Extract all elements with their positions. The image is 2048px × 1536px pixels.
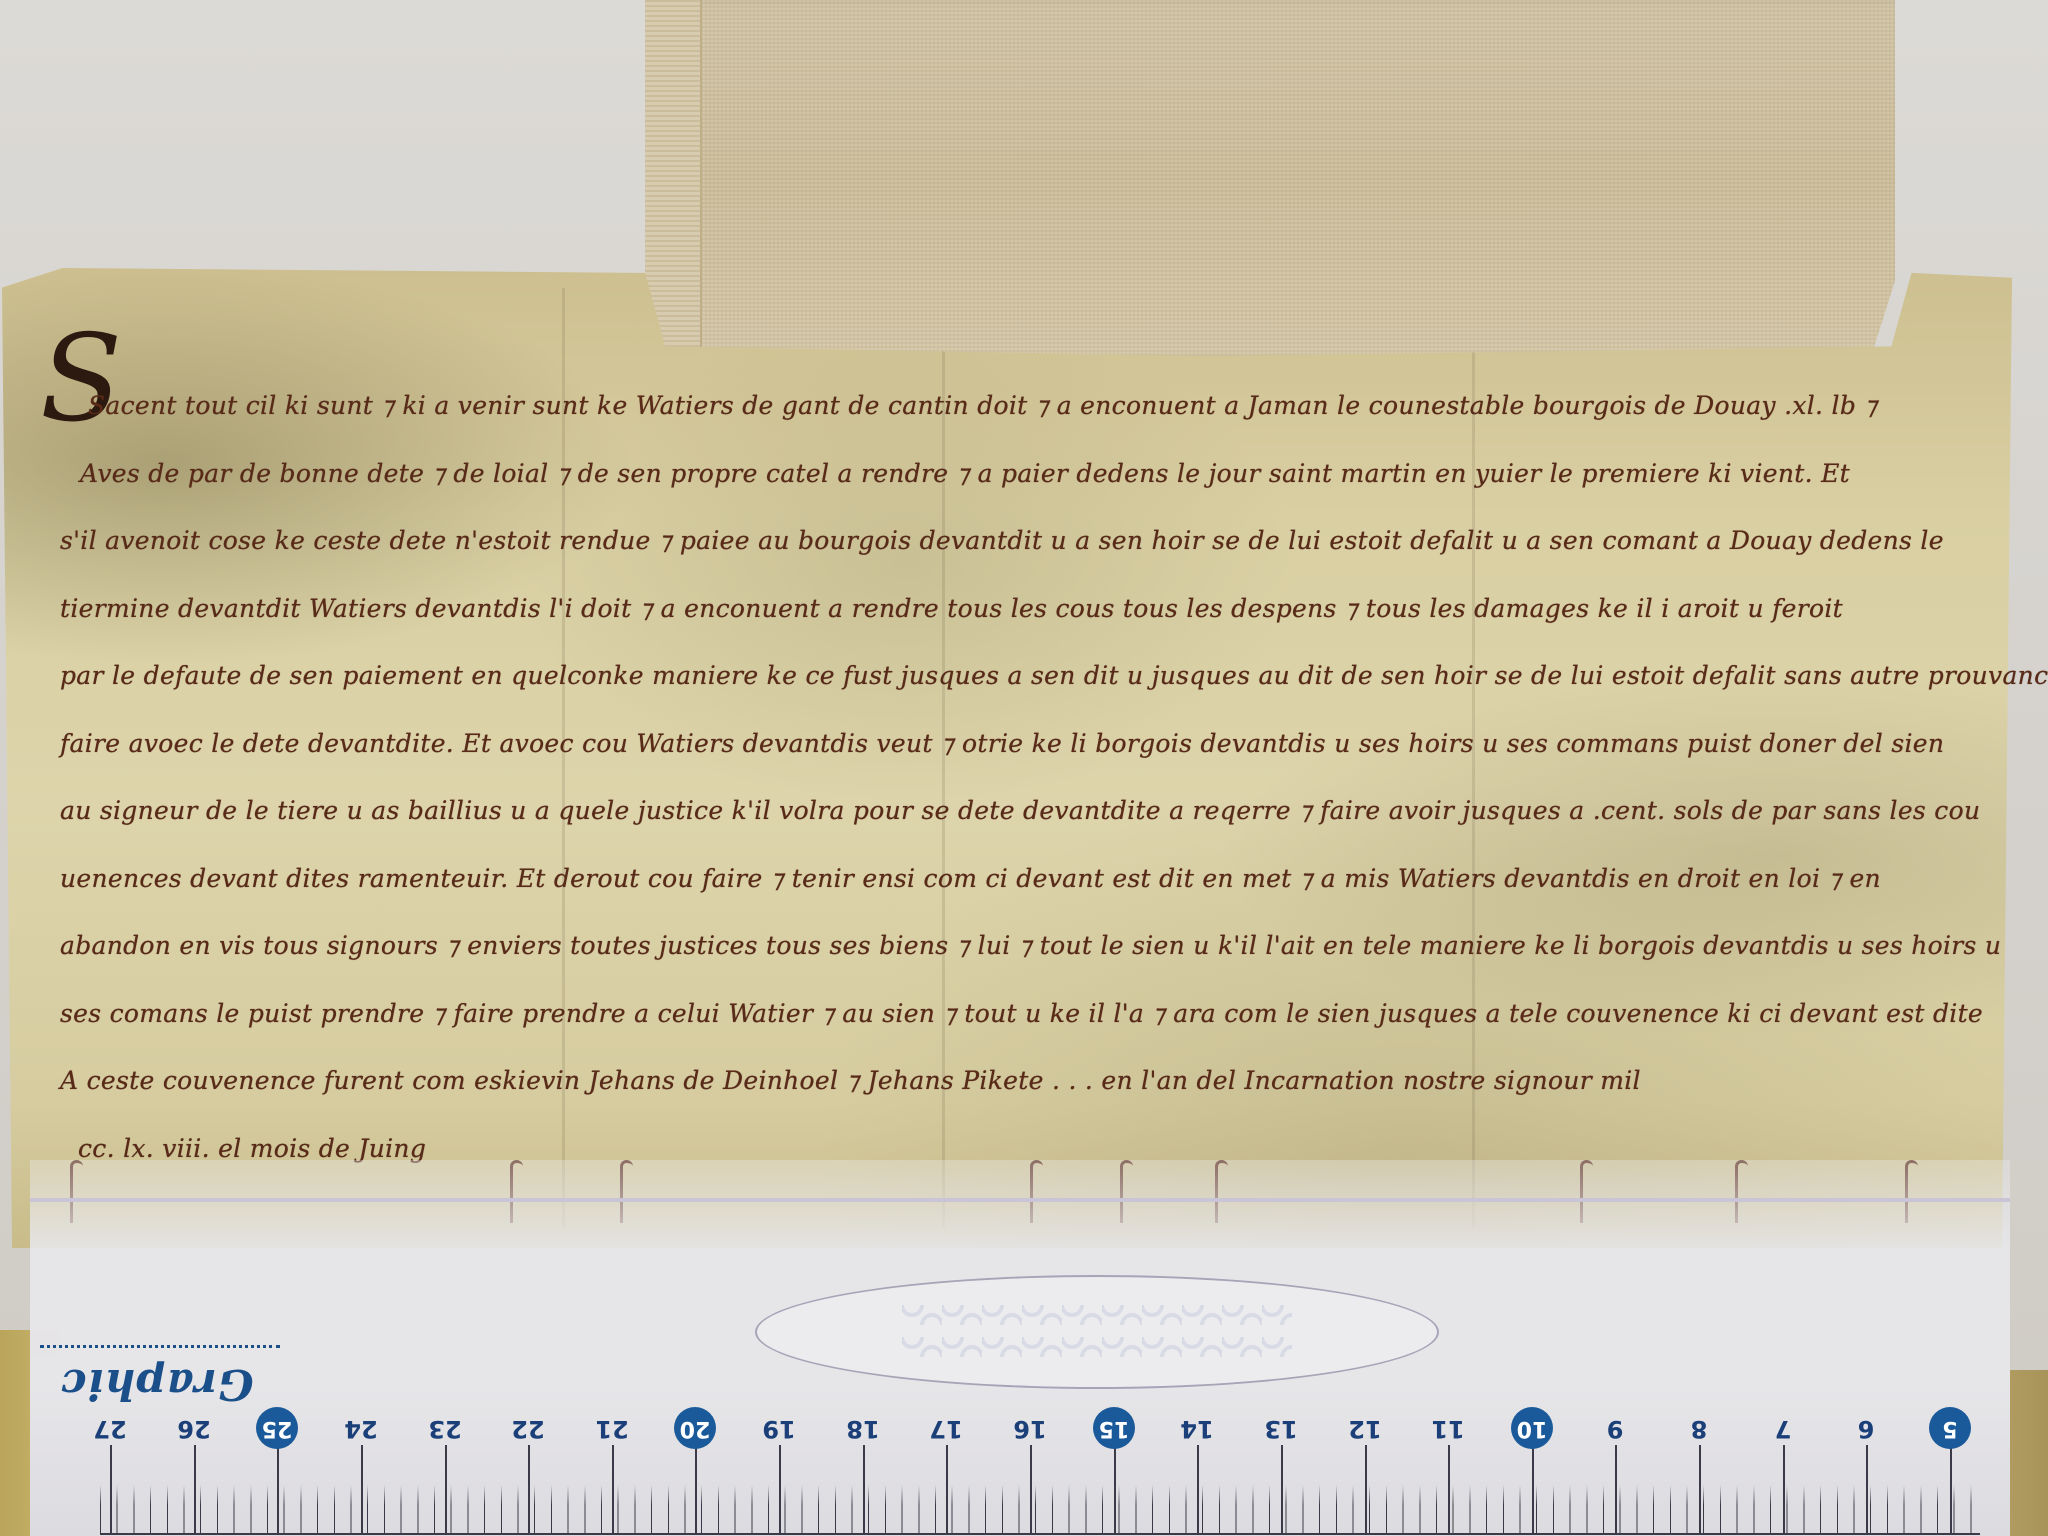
ruler-major-number: 20 xyxy=(674,1407,716,1449)
charter-line: faire avoec le dete devantdite. Et avoec… xyxy=(60,718,2000,786)
ruler-number: 6 xyxy=(1846,1415,1886,1443)
ruler-number: 7 xyxy=(1763,1415,1803,1443)
grip-wave-pattern xyxy=(902,1299,1292,1363)
charter-line: s'il avenoit cose ke ceste dete n'estoit… xyxy=(60,515,2000,583)
charter-line: par le defaute de sen paiement en quelco… xyxy=(60,650,2000,718)
ruler-number: 27 xyxy=(90,1415,130,1443)
ruler-number: 24 xyxy=(341,1415,381,1443)
cm-tick xyxy=(863,1445,865,1533)
cm-tick xyxy=(1114,1445,1116,1533)
ruler-number: 22 xyxy=(508,1415,548,1443)
wave-icon xyxy=(902,1305,1292,1325)
cm-tick xyxy=(695,1445,697,1533)
charter-line: tiermine devantdit Watiers devantdis l'i… xyxy=(60,583,2000,651)
ruler-major-number: 15 xyxy=(1093,1407,1135,1449)
cm-tick xyxy=(1281,1445,1283,1533)
ruler-major-number: 5 xyxy=(1929,1407,1971,1449)
cm-tick xyxy=(1615,1445,1617,1533)
ruler-major-number: 10 xyxy=(1511,1407,1553,1449)
charter-line: Sacent tout cil ki sunt ⁊ ki a venir sun… xyxy=(60,380,2000,448)
cm-tick xyxy=(361,1445,363,1533)
ruler: Graphic 27262524232221201918171615141312… xyxy=(30,1160,2010,1536)
charter-text: Sacent tout cil ki sunt ⁊ ki a venir sun… xyxy=(60,380,2000,1190)
cm-tick xyxy=(1448,1445,1450,1533)
minor-ticks xyxy=(100,1485,1980,1535)
ruler-brand: Graphic xyxy=(60,1360,254,1409)
cm-tick xyxy=(946,1445,948,1533)
cm-tick xyxy=(1699,1445,1701,1533)
cm-tick xyxy=(445,1445,447,1533)
ruler-number: 16 xyxy=(1010,1415,1050,1443)
scale-baseline xyxy=(100,1533,1980,1535)
cm-tick xyxy=(779,1445,781,1533)
ruler-number: 18 xyxy=(843,1415,883,1443)
ruler-number: 12 xyxy=(1345,1415,1385,1443)
cm-tick xyxy=(1365,1445,1367,1533)
charter-line: A ceste couvenence furent com eskievin J… xyxy=(60,1055,2000,1123)
ruler-number: 9 xyxy=(1595,1415,1635,1443)
linen-support-pad xyxy=(645,0,1895,360)
charter-line: Aves de par de bonne dete ⁊ de loial ⁊ d… xyxy=(60,448,2000,516)
ruler-number: 23 xyxy=(425,1415,465,1443)
charter-line: au signeur de le tiere u as baillius u a… xyxy=(60,785,2000,853)
cm-tick xyxy=(1197,1445,1199,1533)
cm-tick xyxy=(110,1445,112,1533)
charter-line: ses comans le puist prendre ⁊ faire pren… xyxy=(60,988,2000,1056)
ruler-number: 14 xyxy=(1177,1415,1217,1443)
cm-tick xyxy=(1030,1445,1032,1533)
ruler-number: 8 xyxy=(1679,1415,1719,1443)
cm-tick xyxy=(612,1445,614,1533)
ruler-number: 19 xyxy=(759,1415,799,1443)
cm-tick xyxy=(1866,1445,1868,1533)
cm-tick xyxy=(1783,1445,1785,1533)
brand-wave-icon xyxy=(40,1325,280,1348)
ruler-major-number: 25 xyxy=(256,1407,298,1449)
ruler-top-edge xyxy=(30,1198,2010,1202)
ruler-number: 26 xyxy=(174,1415,214,1443)
ruler-number: 21 xyxy=(592,1415,632,1443)
cm-tick xyxy=(1532,1445,1534,1533)
ruler-number: 17 xyxy=(926,1415,966,1443)
cm-tick xyxy=(194,1445,196,1533)
charter-line: abandon en vis tous signours ⁊ enviers t… xyxy=(60,920,2000,988)
cm-tick xyxy=(528,1445,530,1533)
cm-tick xyxy=(1950,1445,1952,1533)
ruler-number: 11 xyxy=(1428,1415,1468,1443)
charter-line: uenences devant dites ramenteuir. Et der… xyxy=(60,853,2000,921)
wave-icon xyxy=(902,1337,1292,1357)
ruler-grip xyxy=(755,1275,1439,1389)
ruler-scale: 2726252423222120191817161514131211109876… xyxy=(100,1415,1980,1535)
ruler-number: 13 xyxy=(1261,1415,1301,1443)
cm-tick xyxy=(277,1445,279,1533)
linen-hem xyxy=(645,0,702,355)
